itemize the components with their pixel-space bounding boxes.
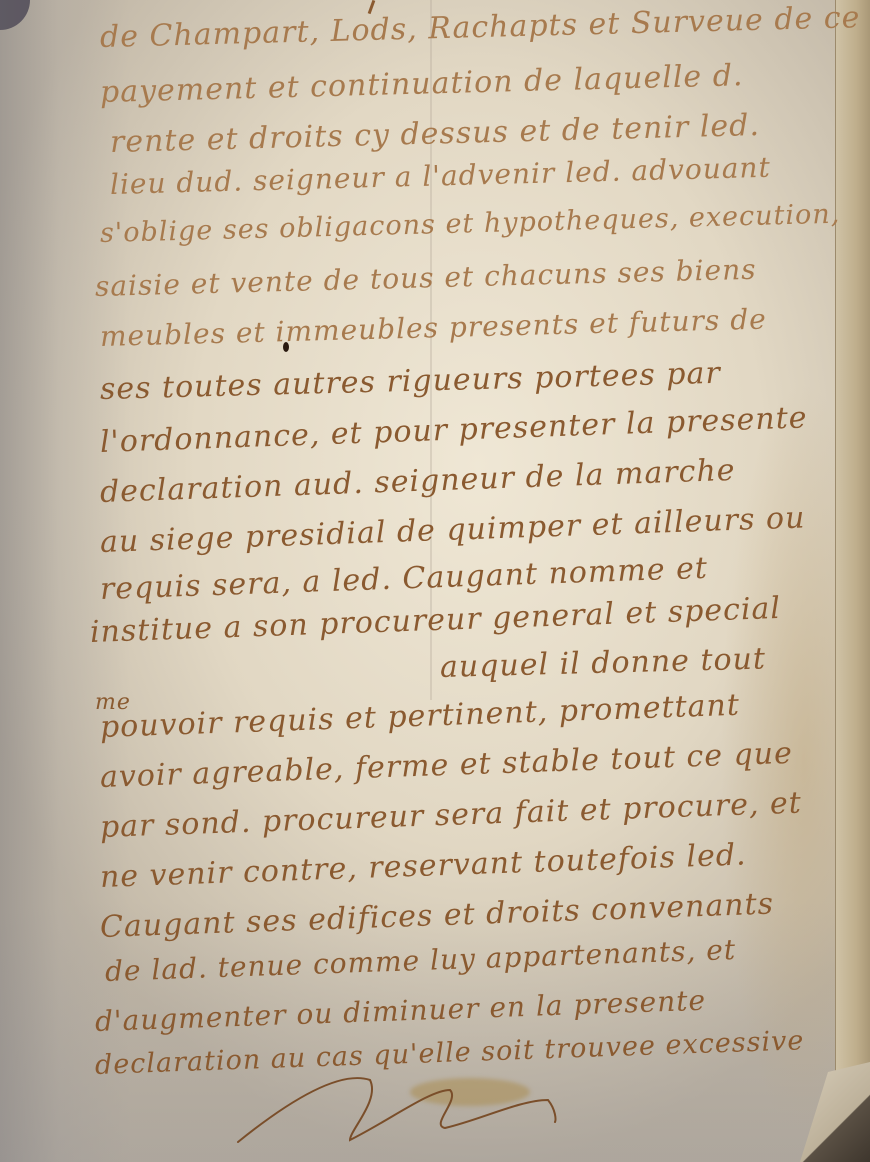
ink-blot <box>283 342 289 352</box>
text-line-10: declaration aud. seigneur de la marche <box>99 453 736 510</box>
text-line-7: meubles et immeubles presents et futurs … <box>100 303 768 353</box>
text-line-2: payement et continuation de laquelle d. <box>100 58 744 110</box>
text-line-22: d'augmenter ou diminuer en la presente <box>94 984 706 1038</box>
text-line-17: avoir agreable, ferme et stable tout ce … <box>99 736 793 795</box>
text-line-8: ses toutes autres rigueurs portees par <box>100 356 722 407</box>
curled-corner <box>800 1062 870 1162</box>
manuscript-page: de Champart, Lods, Rachapts et Surveue d… <box>0 0 870 1162</box>
text-line-16: pouvoir requis et pertinent, promettant <box>99 688 740 745</box>
text-line-14: auquel il donne tout <box>440 641 767 685</box>
text-line-19: ne venir contre, reservant toutefois led… <box>99 837 747 895</box>
text-line-5: s'oblige ses obligacons et hypotheques, … <box>100 199 841 249</box>
text-line-3: rente et droits cy dessus et de tenir le… <box>110 108 761 160</box>
page-edge <box>835 0 870 1162</box>
text-line-4: lieu dud. seigneur a l'advenir led. advo… <box>110 151 772 201</box>
text-line-9: l'ordonnance, et pour presenter la prese… <box>99 400 808 460</box>
text-line-1: de Champart, Lods, Rachapts et Surveue d… <box>100 0 870 55</box>
dark-corner <box>0 0 30 30</box>
text-line-18: par sond. procureur sera fait et procure… <box>99 786 802 845</box>
signature-paraph <box>230 1060 570 1160</box>
text-line-6: saisie et vente de tous et chacuns ses b… <box>95 253 757 303</box>
